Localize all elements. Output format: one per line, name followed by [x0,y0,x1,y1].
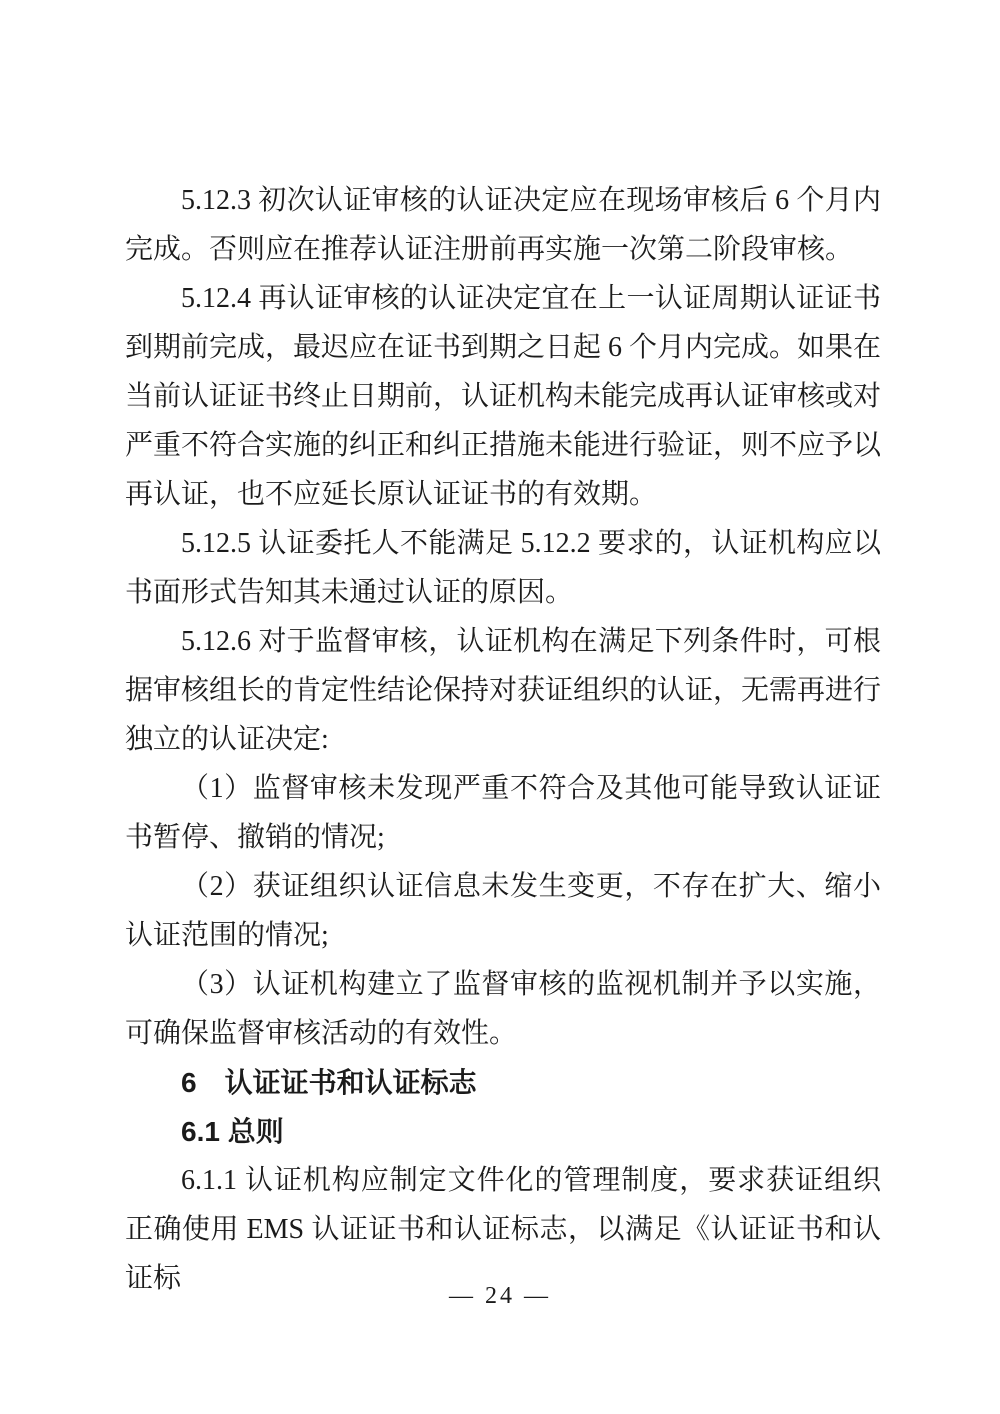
paragraph-6-1-1: 6.1.1 认证机构应制定文件化的管理制度，要求获证组织正确使用 EMS 认证证… [125,1156,881,1303]
paragraph-5-12-3: 5.12.3 初次认证审核的认证决定应在现场审核后 6 个月内完成。否则应在推荐… [125,176,881,274]
list-item-2: （2）获证组织认证信息未发生变更，不存在扩大、缩小认证范围的情况; [125,862,881,960]
list-item-1: （1）监督审核未发现严重不符合及其他可能导致认证证书暂停、撤销的情况; [125,764,881,862]
document-page: 5.12.3 初次认证审核的认证决定应在现场审核后 6 个月内完成。否则应在推荐… [0,0,1000,1414]
paragraph-5-12-6: 5.12.6 对于监督审核，认证机构在满足下列条件时，可根据审核组长的肯定性结论… [125,617,881,764]
paragraph-5-12-4: 5.12.4 再认证审核的认证决定宜在上一认证周期认证证书到期前完成，最迟应在证… [125,274,881,519]
page-number: — 24 — [0,1282,1000,1310]
section-heading-6: 6 认证证书和认证标志 [125,1058,881,1107]
section-heading-6-1: 6.1 总则 [125,1107,881,1156]
paragraph-5-12-5: 5.12.5 认证委托人不能满足 5.12.2 要求的，认证机构应以书面形式告知… [125,519,881,617]
list-item-3: （3）认证机构建立了监督审核的监视机制并予以实施，可确保监督审核活动的有效性。 [125,960,881,1058]
document-body: 5.12.3 初次认证审核的认证决定应在现场审核后 6 个月内完成。否则应在推荐… [125,176,881,1303]
